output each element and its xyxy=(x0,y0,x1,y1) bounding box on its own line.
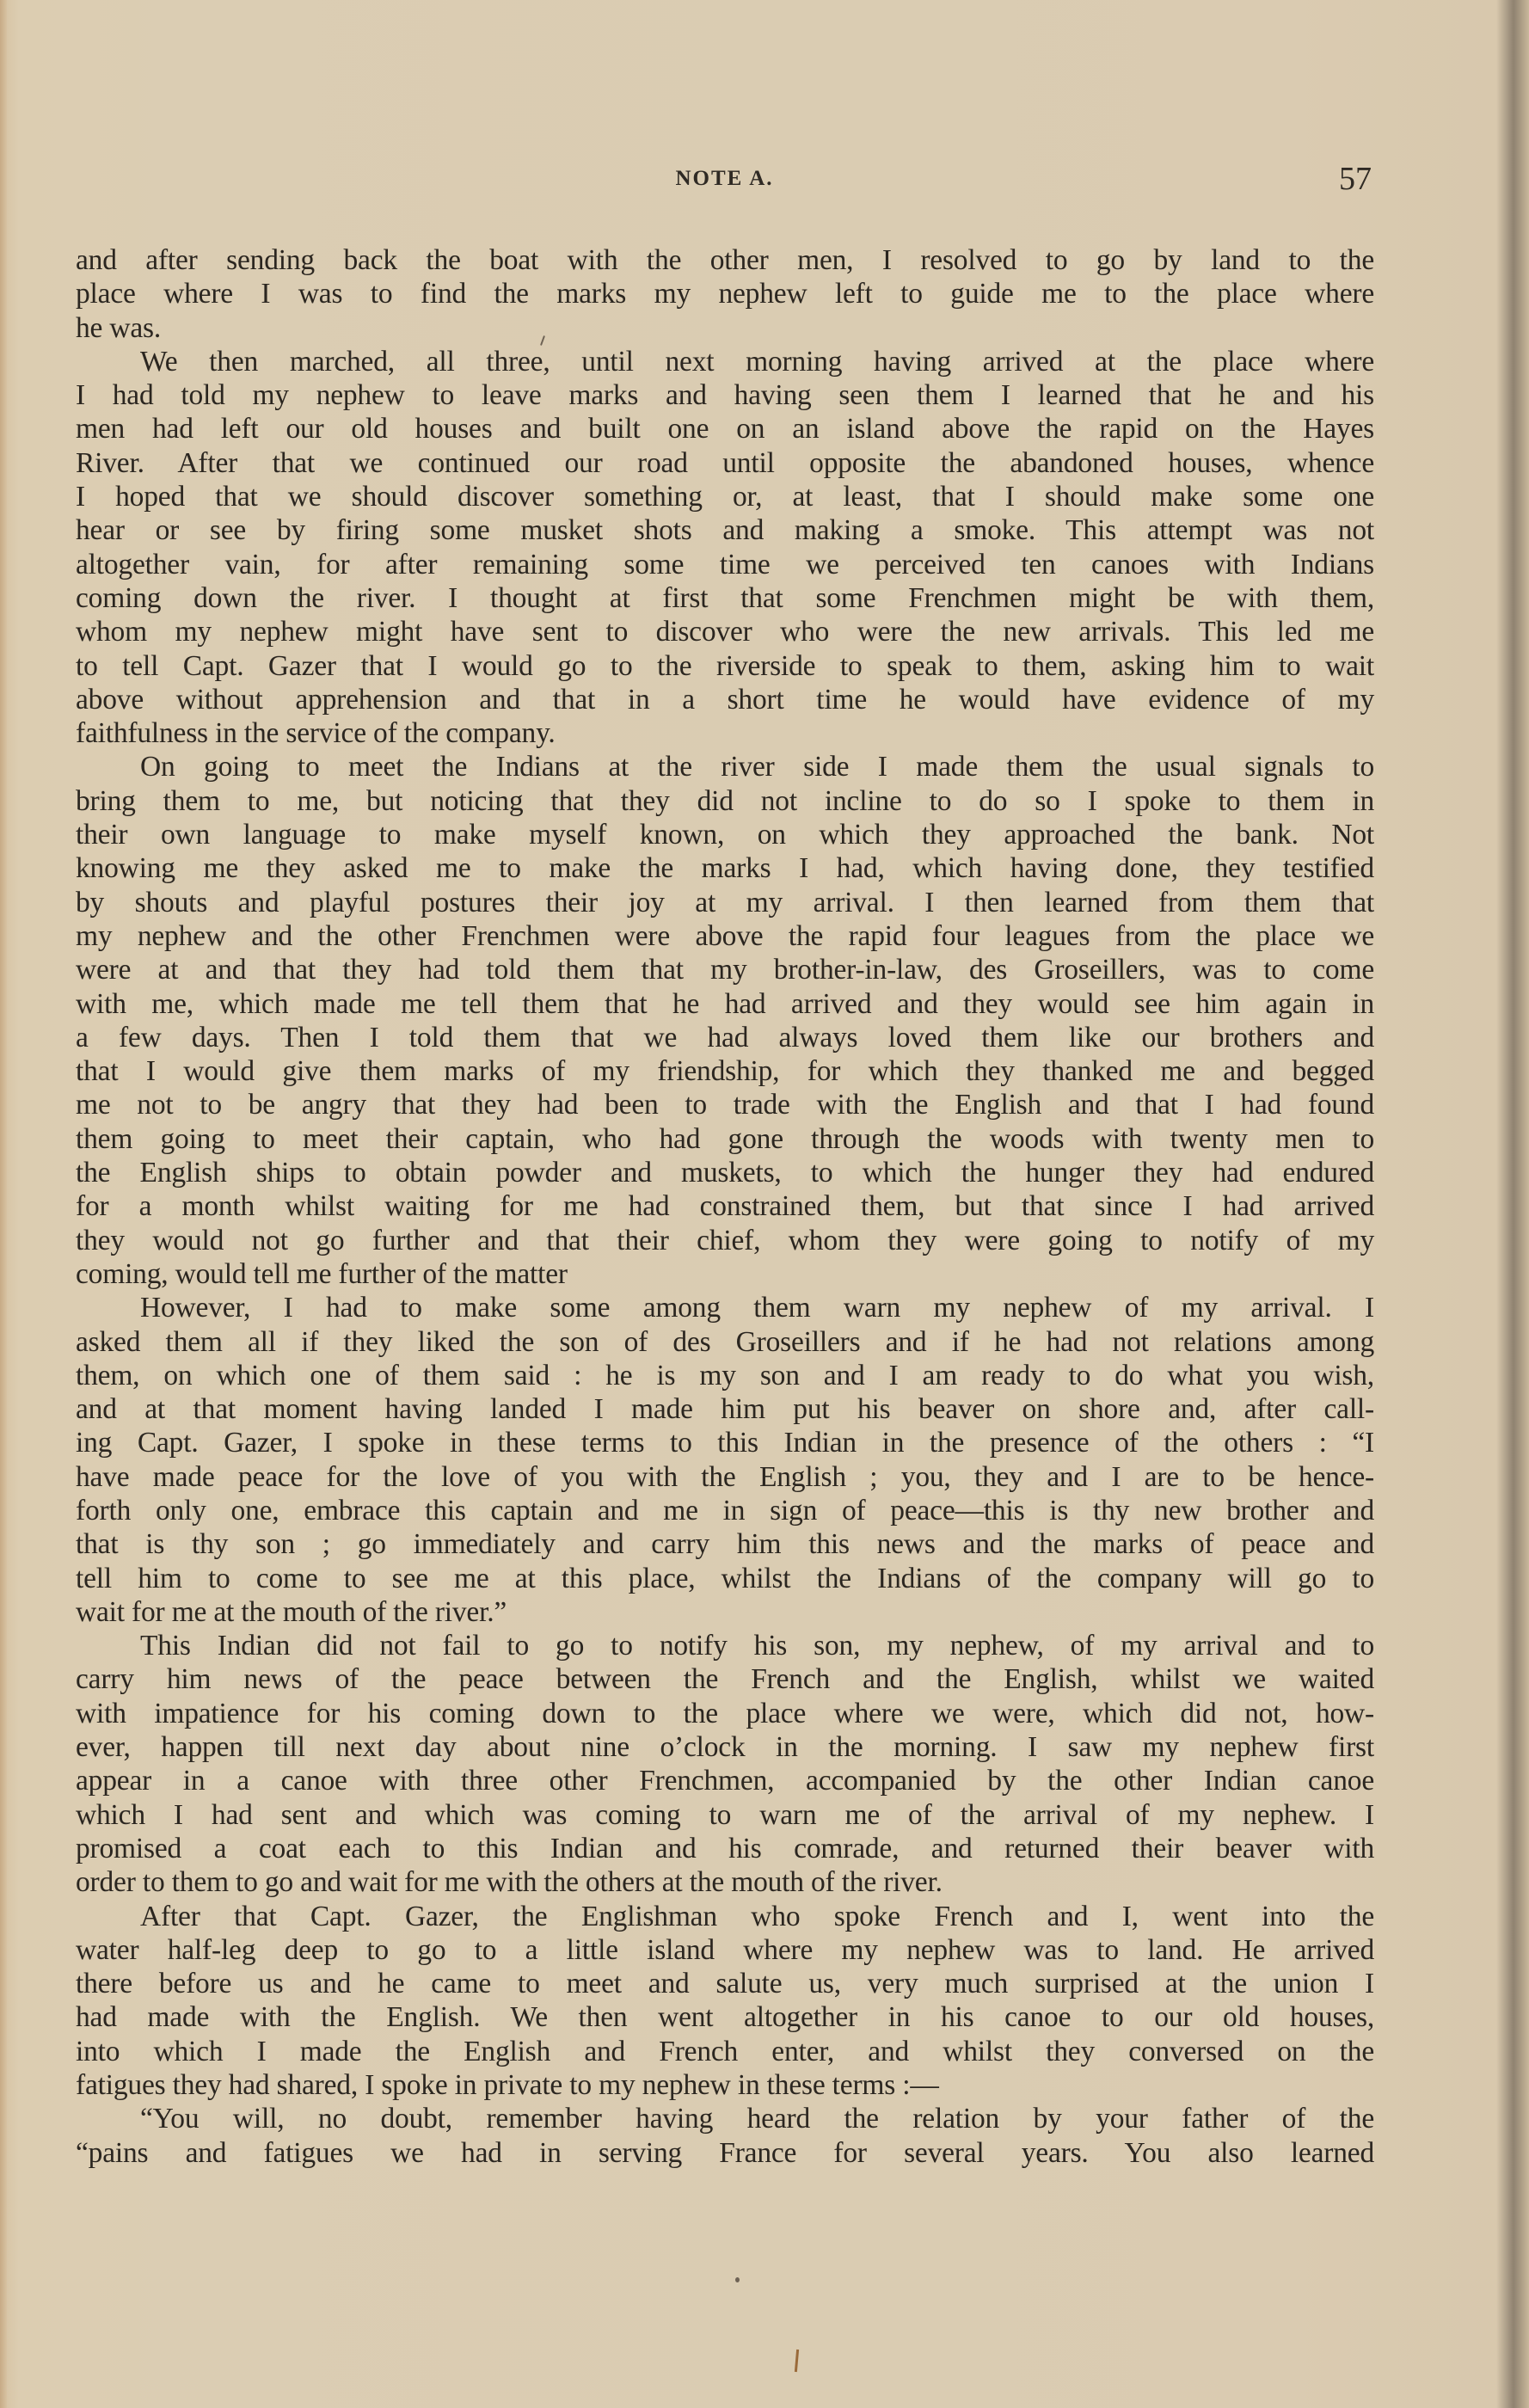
text-line: tell him to come to see me at this place… xyxy=(76,1562,1374,1595)
text-line: promised a coat each to this Indian and … xyxy=(76,1832,1374,1865)
text-line: fatigues they had shared, I spoke in pri… xyxy=(76,2068,1374,2102)
page-number: 57 xyxy=(1339,160,1372,198)
text-line: ever, happen till next day about nine o’… xyxy=(76,1730,1374,1764)
text-line: for a month whilst waiting for me had co… xyxy=(76,1189,1374,1223)
text-line: above without apprehension and that in a… xyxy=(76,683,1374,716)
text-line: were at and that they had told them that… xyxy=(76,953,1374,986)
text-line: water half-leg deep to go to a little is… xyxy=(76,1933,1374,1967)
paragraph-first-line: This Indian did not fail to go to notify… xyxy=(76,1629,1374,1662)
text-line: them, on which one of them said : he is … xyxy=(76,1359,1374,1392)
text-line: me not to be angry that they had been to… xyxy=(76,1088,1374,1121)
paragraph-first-line: “You will, no doubt, remember having hea… xyxy=(76,2102,1374,2135)
text-line: that I would give them marks of my frien… xyxy=(76,1054,1374,1088)
text-line: asked them all if they liked the son of … xyxy=(76,1325,1374,1359)
text-line: the English ships to obtain powder and m… xyxy=(76,1156,1374,1189)
text-line: bring them to me, but noticing that they… xyxy=(76,784,1374,818)
text-line: by shouts and playful postures their joy… xyxy=(76,886,1374,919)
text-line: which I had sent and which was coming to… xyxy=(76,1798,1374,1832)
text-line: men had left our old houses and built on… xyxy=(76,412,1374,445)
text-line: their own language to make myself known,… xyxy=(76,818,1374,851)
paragraph-first-line: We then marched, all three, until next m… xyxy=(76,345,1374,378)
text-line: and at that moment having landed I made … xyxy=(76,1392,1374,1426)
text-line: my nephew and the other Frenchmen were a… xyxy=(76,919,1374,953)
text-line: to tell Capt. Gazer that I would go to t… xyxy=(76,649,1374,683)
text-line: wait for me at the mouth of the river.” xyxy=(76,1595,1374,1629)
text-line: they would not go further and that their… xyxy=(76,1224,1374,1257)
running-head: NOTE A. xyxy=(77,167,1372,191)
ink-mark xyxy=(795,2350,799,2372)
text-line: there before us and he came to meet and … xyxy=(76,1967,1374,2000)
paper-speck xyxy=(735,2277,740,2282)
text-line: them going to meet their captain, who ha… xyxy=(76,1122,1374,1156)
text-line: hear or see by firing some musket shots … xyxy=(76,513,1374,547)
text-line: altogether vain, for after remaining som… xyxy=(76,548,1374,581)
page-binding-edge xyxy=(0,0,7,2408)
text-line: knowing me they asked me to make the mar… xyxy=(76,851,1374,885)
text-line: I hoped that we should discover somethin… xyxy=(76,480,1374,513)
text-line: have made peace for the love of you with… xyxy=(76,1460,1374,1494)
text-line: and after sending back the boat with the… xyxy=(76,243,1374,277)
text-line: faithfulness in the service of the compa… xyxy=(76,716,1374,750)
text-line: “pains and fatigues we had in serving Fr… xyxy=(76,2136,1374,2170)
text-line: River. After that we continued our road … xyxy=(76,446,1374,480)
text-line: order to them to go and wait for me with… xyxy=(76,1865,1374,1899)
text-line: with me, which made me tell them that he… xyxy=(76,987,1374,1021)
text-line: he was. xyxy=(76,311,1374,345)
text-line: place where I was to find the marks my n… xyxy=(76,277,1374,310)
paragraph-first-line: However, I had to make some among them w… xyxy=(76,1291,1374,1324)
text-line: that is thy son ; go immediately and car… xyxy=(76,1527,1374,1561)
text-line: forth only one, embrace this captain and… xyxy=(76,1494,1374,1527)
text-line: with impatience for his coming down to t… xyxy=(76,1697,1374,1730)
scanned-book-page: NOTE A. 57 and after sending back the bo… xyxy=(0,0,1529,2408)
body-text: and after sending back the boat with the… xyxy=(76,243,1374,2170)
text-line: carry him news of the peace between the … xyxy=(76,1662,1374,1696)
text-line: appear in a canoe with three other Frenc… xyxy=(76,1764,1374,1797)
text-line: I had told my nephew to leave marks and … xyxy=(76,378,1374,412)
paragraph-first-line: After that Capt. Gazer, the Englishman w… xyxy=(76,1900,1374,1933)
text-line: coming, would tell me further of the mat… xyxy=(76,1257,1374,1291)
paragraph-first-line: On going to meet the Indians at the rive… xyxy=(76,750,1374,783)
text-line: ing Capt. Gazer, I spoke in these terms … xyxy=(76,1426,1374,1459)
text-line: a few days. Then I told them that we had… xyxy=(76,1021,1374,1054)
text-line: coming down the river. I thought at firs… xyxy=(76,581,1374,615)
text-line: had made with the English. We then went … xyxy=(76,2000,1374,2034)
text-line: whom my nephew might have sent to discov… xyxy=(76,615,1374,648)
page-header: NOTE A. 57 xyxy=(77,160,1372,194)
text-line: into which I made the English and French… xyxy=(76,2035,1374,2068)
